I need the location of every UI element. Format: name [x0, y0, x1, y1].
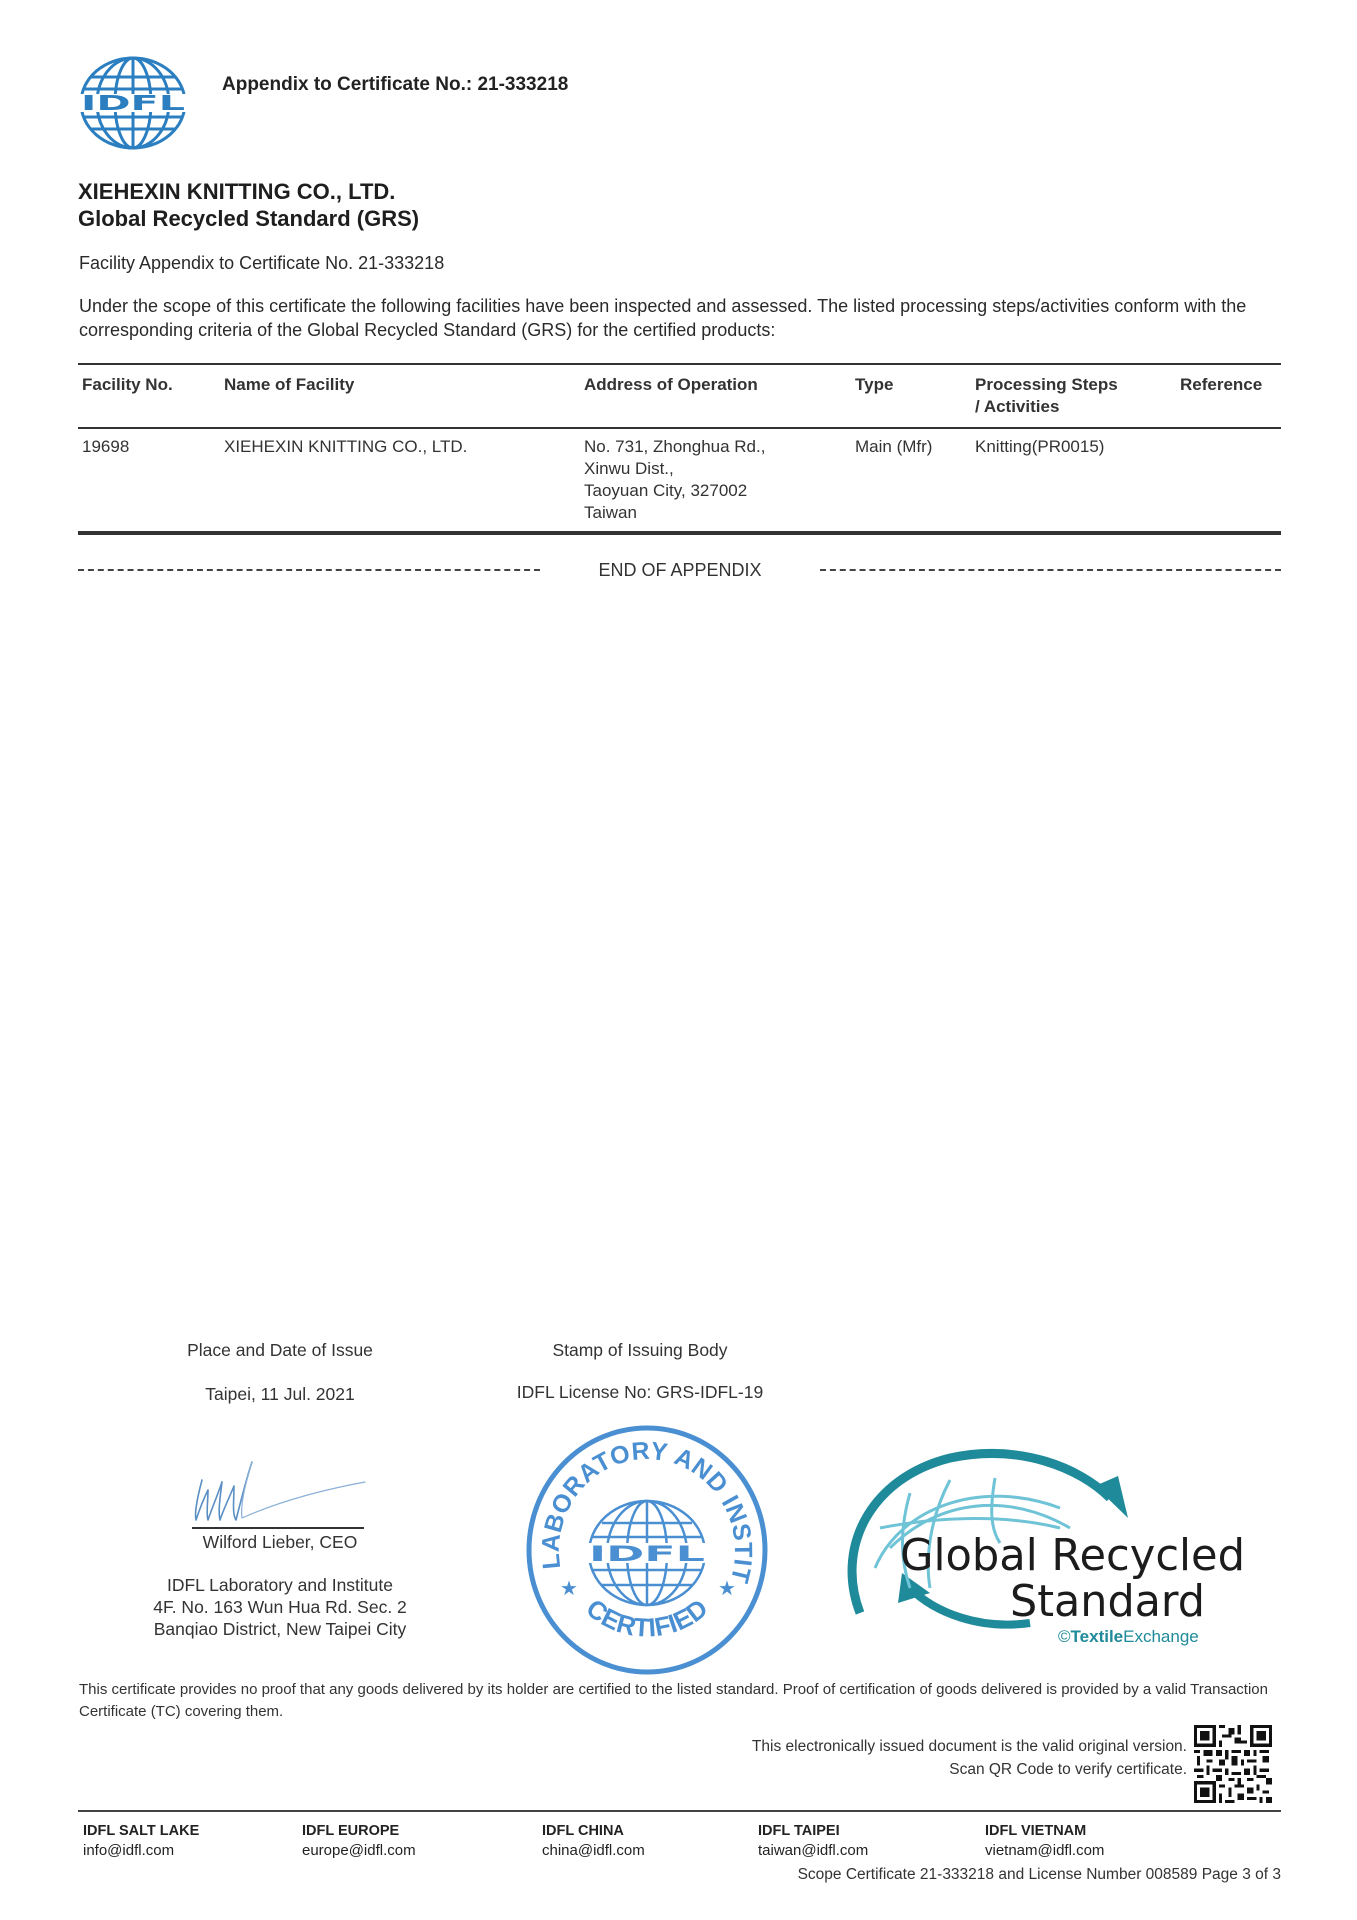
- office-name: IDFL SALT LAKE: [83, 1821, 199, 1841]
- cell-facility-no: 19698: [78, 428, 220, 533]
- place-date-value: Taipei, 11 Jul. 2021: [140, 1384, 420, 1405]
- signature-image: [190, 1460, 370, 1526]
- cell-processing: Knitting(PR0015): [971, 428, 1176, 533]
- cell-type: Main (Mfr): [851, 428, 971, 533]
- svg-text:IDFL: IDFL: [589, 1542, 705, 1566]
- idfl-logo-icon: IDFL: [78, 55, 188, 151]
- office-name: IDFL CHINA: [542, 1821, 645, 1841]
- address-line: Xinwu Dist.,: [584, 458, 847, 480]
- office-email[interactable]: china@idfl.com: [542, 1841, 645, 1861]
- end-of-appendix: END OF APPENDIX: [540, 560, 820, 581]
- svg-text:Standard: Standard: [1010, 1576, 1205, 1627]
- office-vietnam: IDFL VIETNAM vietnam@idfl.com: [985, 1821, 1104, 1861]
- office-china: IDFL CHINA china@idfl.com: [542, 1821, 645, 1861]
- office-name: IDFL TAIPEI: [758, 1821, 868, 1841]
- page-info: Scope Certificate 21-333218 and License …: [798, 1866, 1281, 1884]
- svg-text:©TextileExchange: ©TextileExchange: [1058, 1627, 1199, 1646]
- office-taipei: IDFL TAIPEI taiwan@idfl.com: [758, 1821, 868, 1861]
- office-europe: IDFL EUROPE europe@idfl.com: [302, 1821, 416, 1861]
- validity-note: This electronically issued document is t…: [752, 1735, 1187, 1781]
- svg-text:★: ★: [718, 1576, 736, 1600]
- license-number: IDFL License No: GRS-IDFL-19: [470, 1382, 810, 1403]
- office-email[interactable]: info@idfl.com: [83, 1841, 199, 1861]
- table-header-row: Facility No. Name of Facility Address of…: [78, 364, 1281, 428]
- col-reference: Reference: [1176, 364, 1281, 428]
- col-processing-label: Processing Steps / Activities: [975, 374, 1125, 418]
- office-name: IDFL EUROPE: [302, 1821, 416, 1841]
- dashed-divider-left: [78, 569, 540, 571]
- signer-name: Wilford Lieber, CEO: [140, 1532, 420, 1553]
- col-processing: Processing Steps / Activities: [971, 364, 1176, 428]
- facility-table: Facility No. Name of Facility Address of…: [78, 363, 1281, 535]
- office-email[interactable]: vietnam@idfl.com: [985, 1841, 1104, 1861]
- place-date-label: Place and Date of Issue: [140, 1340, 420, 1361]
- issuer-line: IDFL Laboratory and Institute: [100, 1574, 460, 1596]
- signature-line: [192, 1527, 364, 1529]
- certified-stamp-icon: IDFL LABORATORY AND INSTITUTE CERTIFIED …: [522, 1425, 772, 1675]
- cell-name: XIEHEXIN KNITTING CO., LTD.: [220, 428, 580, 533]
- address-line: Taiwan: [584, 502, 847, 524]
- standard-name: Global Recycled Standard (GRS): [78, 205, 419, 232]
- dashed-divider-right: [820, 569, 1281, 571]
- address-line: Taoyuan City, 327002: [584, 480, 847, 502]
- disclaimer-text: This certificate provides no proof that …: [79, 1679, 1284, 1723]
- svg-text:★: ★: [560, 1576, 578, 1600]
- cell-reference: [1176, 428, 1281, 533]
- table-row: 19698 XIEHEXIN KNITTING CO., LTD. No. 73…: [78, 428, 1281, 533]
- intro-paragraph: Under the scope of this certificate the …: [79, 294, 1279, 342]
- issuer-line: Banqiao District, New Taipei City: [100, 1618, 460, 1640]
- col-type: Type: [851, 364, 971, 428]
- col-facility-no: Facility No.: [78, 364, 220, 428]
- validity-line: Scan QR Code to verify certificate.: [752, 1758, 1187, 1781]
- address-line: No. 731, Zhonghua Rd.,: [584, 436, 847, 458]
- col-name: Name of Facility: [220, 364, 580, 428]
- grs-logo-icon: Global Recycled Standard ©TextileExchang…: [830, 1438, 1260, 1648]
- footer-divider: [78, 1810, 1281, 1812]
- appendix-title: Appendix to Certificate No.: 21-333218: [222, 74, 568, 96]
- issuer-line: 4F. No. 163 Wun Hua Rd. Sec. 2: [100, 1596, 460, 1618]
- issuer-address: IDFL Laboratory and Institute 4F. No. 16…: [100, 1574, 460, 1640]
- office-salt-lake: IDFL SALT LAKE info@idfl.com: [83, 1821, 199, 1861]
- svg-text:Global Recycled: Global Recycled: [900, 1530, 1245, 1581]
- office-email[interactable]: europe@idfl.com: [302, 1841, 416, 1861]
- col-address: Address of Operation: [580, 364, 851, 428]
- office-email[interactable]: taiwan@idfl.com: [758, 1841, 868, 1861]
- qr-code-icon[interactable]: [1194, 1725, 1272, 1803]
- stamp-label: Stamp of Issuing Body: [490, 1340, 790, 1361]
- facility-appendix-line: Facility Appendix to Certificate No. 21-…: [79, 253, 444, 274]
- cell-address: No. 731, Zhonghua Rd., Xinwu Dist., Taoy…: [580, 428, 851, 533]
- company-heading: XIEHEXIN KNITTING CO., LTD. Global Recyc…: [78, 178, 419, 232]
- validity-line: This electronically issued document is t…: [752, 1735, 1187, 1758]
- company-name: XIEHEXIN KNITTING CO., LTD.: [78, 178, 419, 205]
- office-name: IDFL VIETNAM: [985, 1821, 1104, 1841]
- svg-text:IDFL: IDFL: [81, 91, 186, 115]
